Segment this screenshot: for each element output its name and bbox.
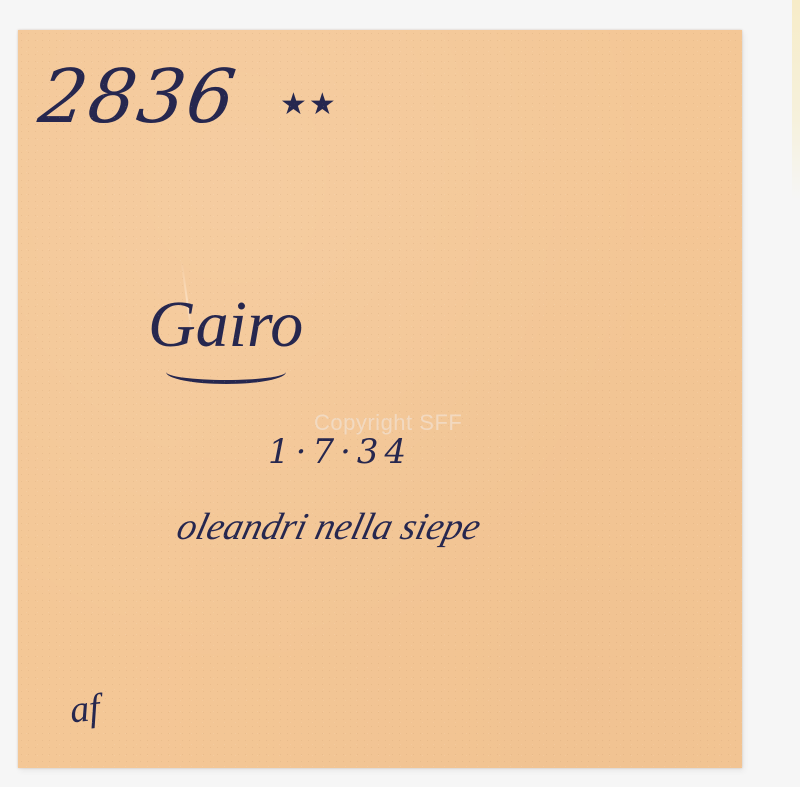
collector-initials: af	[68, 689, 101, 730]
collection-date: 1·7·34	[268, 435, 412, 469]
specimen-label-paper: 2836 ★★ Gairo 1·7·34 oleandri nella siep…	[18, 30, 742, 768]
catalog-number: 2836	[35, 60, 242, 134]
locality-underline-swash	[166, 368, 286, 384]
habitat-note: oleandri nella siepe	[173, 508, 484, 546]
adjacent-sheet-edge	[792, 0, 800, 200]
star-marks-icon: ★★	[280, 90, 338, 120]
copyright-watermark: Copyright SFF	[314, 410, 462, 436]
locality-name: Gairo	[148, 292, 303, 358]
